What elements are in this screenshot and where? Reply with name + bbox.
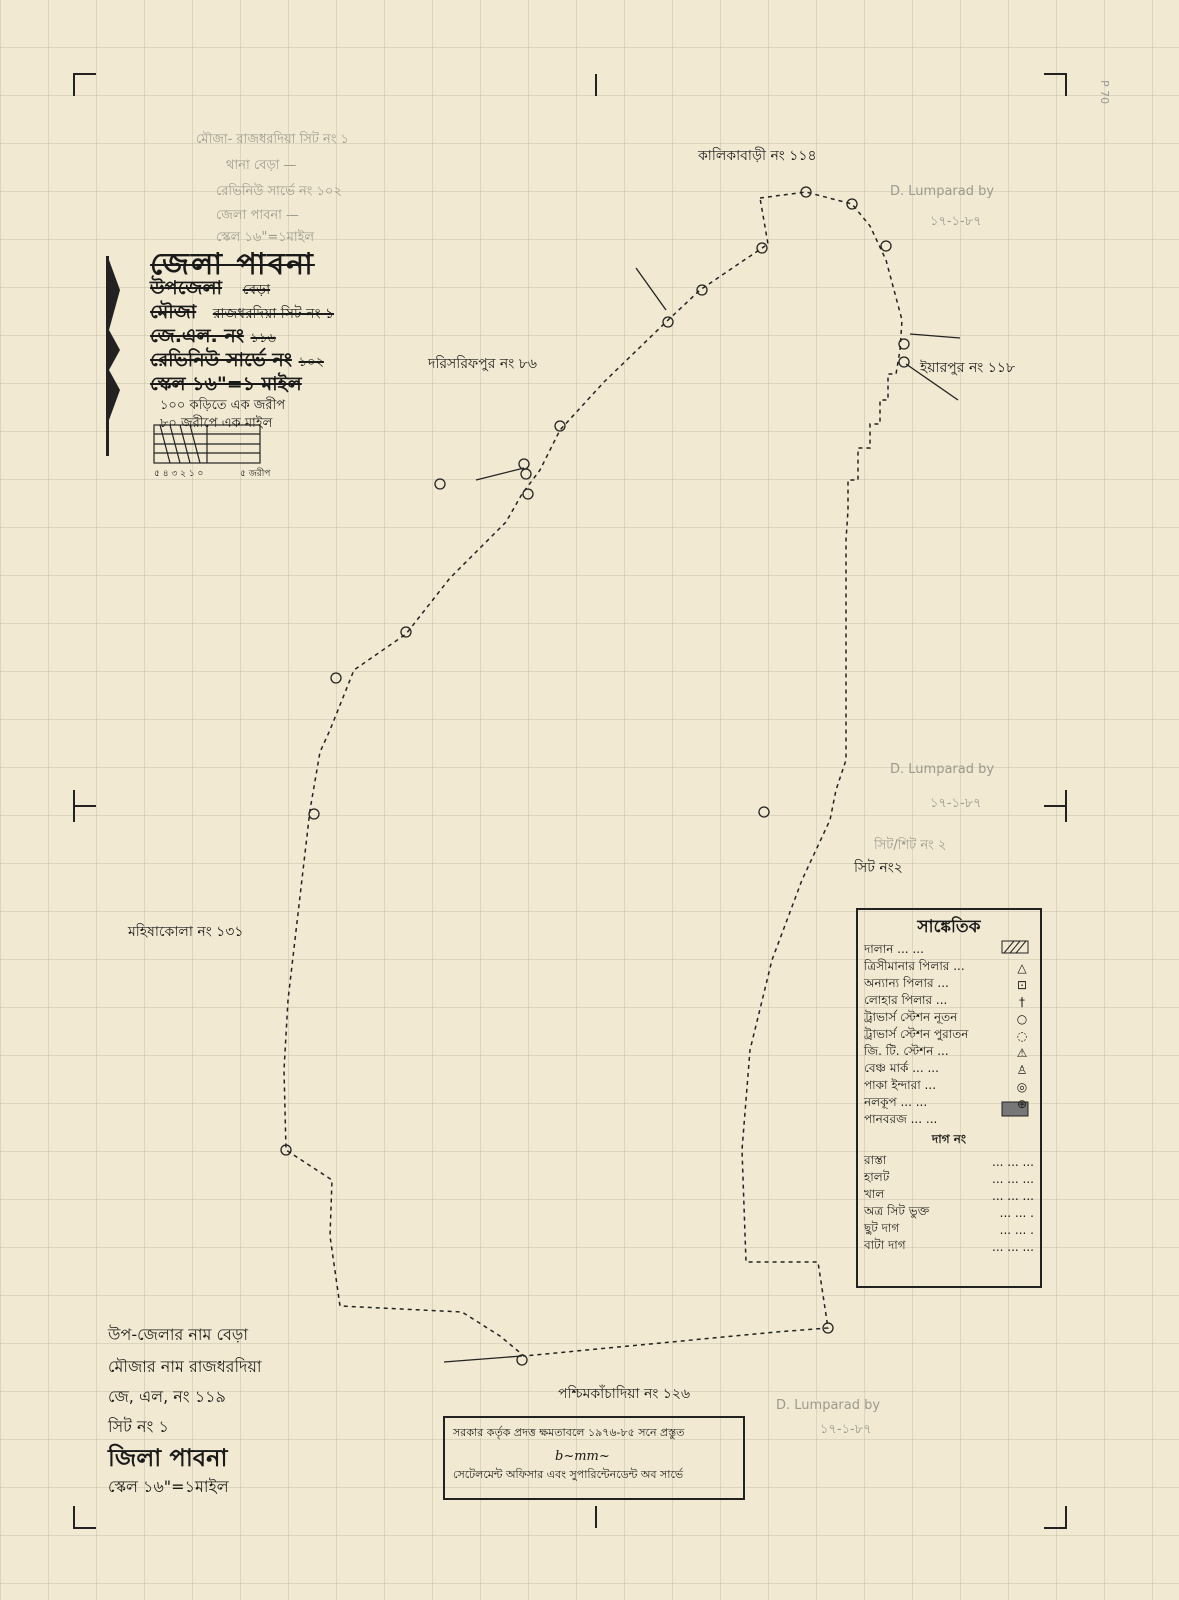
tubewell-icon: ⊕	[1010, 1097, 1034, 1111]
certification-stamp: সরকার কর্তৃক প্রদত্ত ক্ষমতাবলে ১৯৭৬-৮৫ স…	[443, 1416, 745, 1500]
iron-pillar-icon: †	[1010, 995, 1034, 1009]
north-arrow-icon	[106, 256, 120, 456]
legend-dots: ... ... ...	[992, 1155, 1034, 1169]
revenue-survey-label: রেভিনিউ সার্ভে নং	[150, 349, 292, 371]
scale-bar-ticks: ৫ ৪ ৩ ২ ১ ০	[154, 466, 203, 481]
legend-box: সাঙ্কেতিক দালান ... ... ত্রিসীমানার পিলা…	[856, 908, 1042, 1288]
jl-value: ১১৬	[251, 331, 276, 346]
sheet-corner-label: P 70	[1098, 80, 1111, 104]
adjacent-mouza-west: মহিষাকোলা নং ১৩১	[128, 920, 243, 944]
upazila-label: উপজেলা	[150, 277, 222, 299]
pencil-note: মৌজা- রাজধরদিয়া সিট নং ১	[196, 130, 349, 151]
upazila-name: উপ-জেলার নাম বেড়া	[108, 1322, 248, 1349]
traverse-old-icon: ◌	[1010, 1029, 1034, 1043]
pucca-well-icon: ◎	[1010, 1080, 1034, 1094]
pencil-sheet-note: সিট/শিট নং ২	[874, 836, 946, 857]
legend-dots: ... ... .	[1000, 1206, 1034, 1220]
adjacent-mouza-northeast: ইয়ারপুর নং ১১৮	[920, 356, 1015, 380]
pencil-note: রেভিনিউ সার্ভে নং ১০২	[216, 182, 342, 203]
adjacent-mouza-south: পশ্চিমকাঁচাদিয়া নং ১২৬	[558, 1382, 690, 1406]
pencil-date: ১৭-১-৮৭	[820, 1420, 872, 1441]
legend-dots: ... ... ...	[992, 1240, 1034, 1254]
legend-dots: ... ... .	[1000, 1223, 1034, 1237]
scale-note-2: ৮০ জরীপে এক মাইল	[160, 414, 272, 435]
legend-item: পানবরজ ... ...	[864, 1111, 937, 1131]
boundary-pillar-icon: △	[1010, 961, 1034, 975]
scale-text: স্কেল ১৬"=১মাইল	[108, 1474, 229, 1501]
pencil-note: জেলা পাবনা —	[216, 206, 299, 227]
legend-subheader: দাগ নং	[858, 1131, 1040, 1151]
mouza-label: মৌজা	[150, 301, 196, 323]
mouza-name: মৌজার নাম রাজধরদিয়া	[108, 1354, 262, 1381]
pencil-note: থানা বেড়া —	[226, 156, 297, 177]
revenue-survey-value: ১০২	[299, 355, 324, 370]
legend-line-item: বাটা দাগ	[864, 1237, 906, 1257]
traverse-new-icon: ○	[1010, 1012, 1034, 1026]
jl-label: জে.এল. নং	[150, 325, 244, 347]
upazila-value: বেড়া	[243, 282, 271, 298]
sheet-number: সিট নং ১	[108, 1414, 169, 1441]
legend-title: সাঙ্কেতিক	[858, 914, 1040, 942]
legend-dots: ... ... ...	[992, 1172, 1034, 1186]
pencil-signature: D. Lumparad by	[776, 1398, 880, 1413]
legend-dots: ... ... ...	[992, 1189, 1034, 1203]
adjacent-mouza-northwest: দরিসরিফপুর নং ৮৬	[428, 352, 537, 376]
stamp-line-2: সেটেলমেন্ট অফিসার এবং সুপারিন্টেনডেন্ট অ…	[445, 1464, 743, 1487]
scale-bar-end: ৫ জরীপ	[240, 466, 270, 481]
pencil-signature: D. Lumparad by	[890, 184, 994, 199]
traverse-station-icons	[281, 187, 909, 1365]
stamp-line-1: সরকার কর্তৃক প্রদত্ত ক্ষমতাবলে ১৯৭৬-৮৫ স…	[445, 1418, 743, 1449]
adjacent-mouza-north: কালিকাবাড়ী নং ১১৪	[698, 144, 817, 168]
gt-station-icon: ⚠	[1010, 1046, 1034, 1060]
officer-signature: b~mm~	[445, 1449, 743, 1464]
other-pillar-icon: ⊡	[1010, 978, 1034, 992]
jl-number: জে, এল, নং ১১৯	[108, 1384, 226, 1411]
pencil-date: ১৭-১-৮৭	[930, 212, 982, 233]
mouza-value: রাজধরদিয়া সিট নং ১	[213, 306, 334, 322]
bench-mark-icon: ♙	[1010, 1063, 1034, 1077]
pencil-signature: D. Lumparad by	[890, 762, 994, 777]
boundary-line	[284, 192, 902, 1356]
adjacent-sheet-east: সিট নং২	[854, 856, 903, 880]
pencil-date: ১৭-১-৮৭	[930, 794, 982, 815]
